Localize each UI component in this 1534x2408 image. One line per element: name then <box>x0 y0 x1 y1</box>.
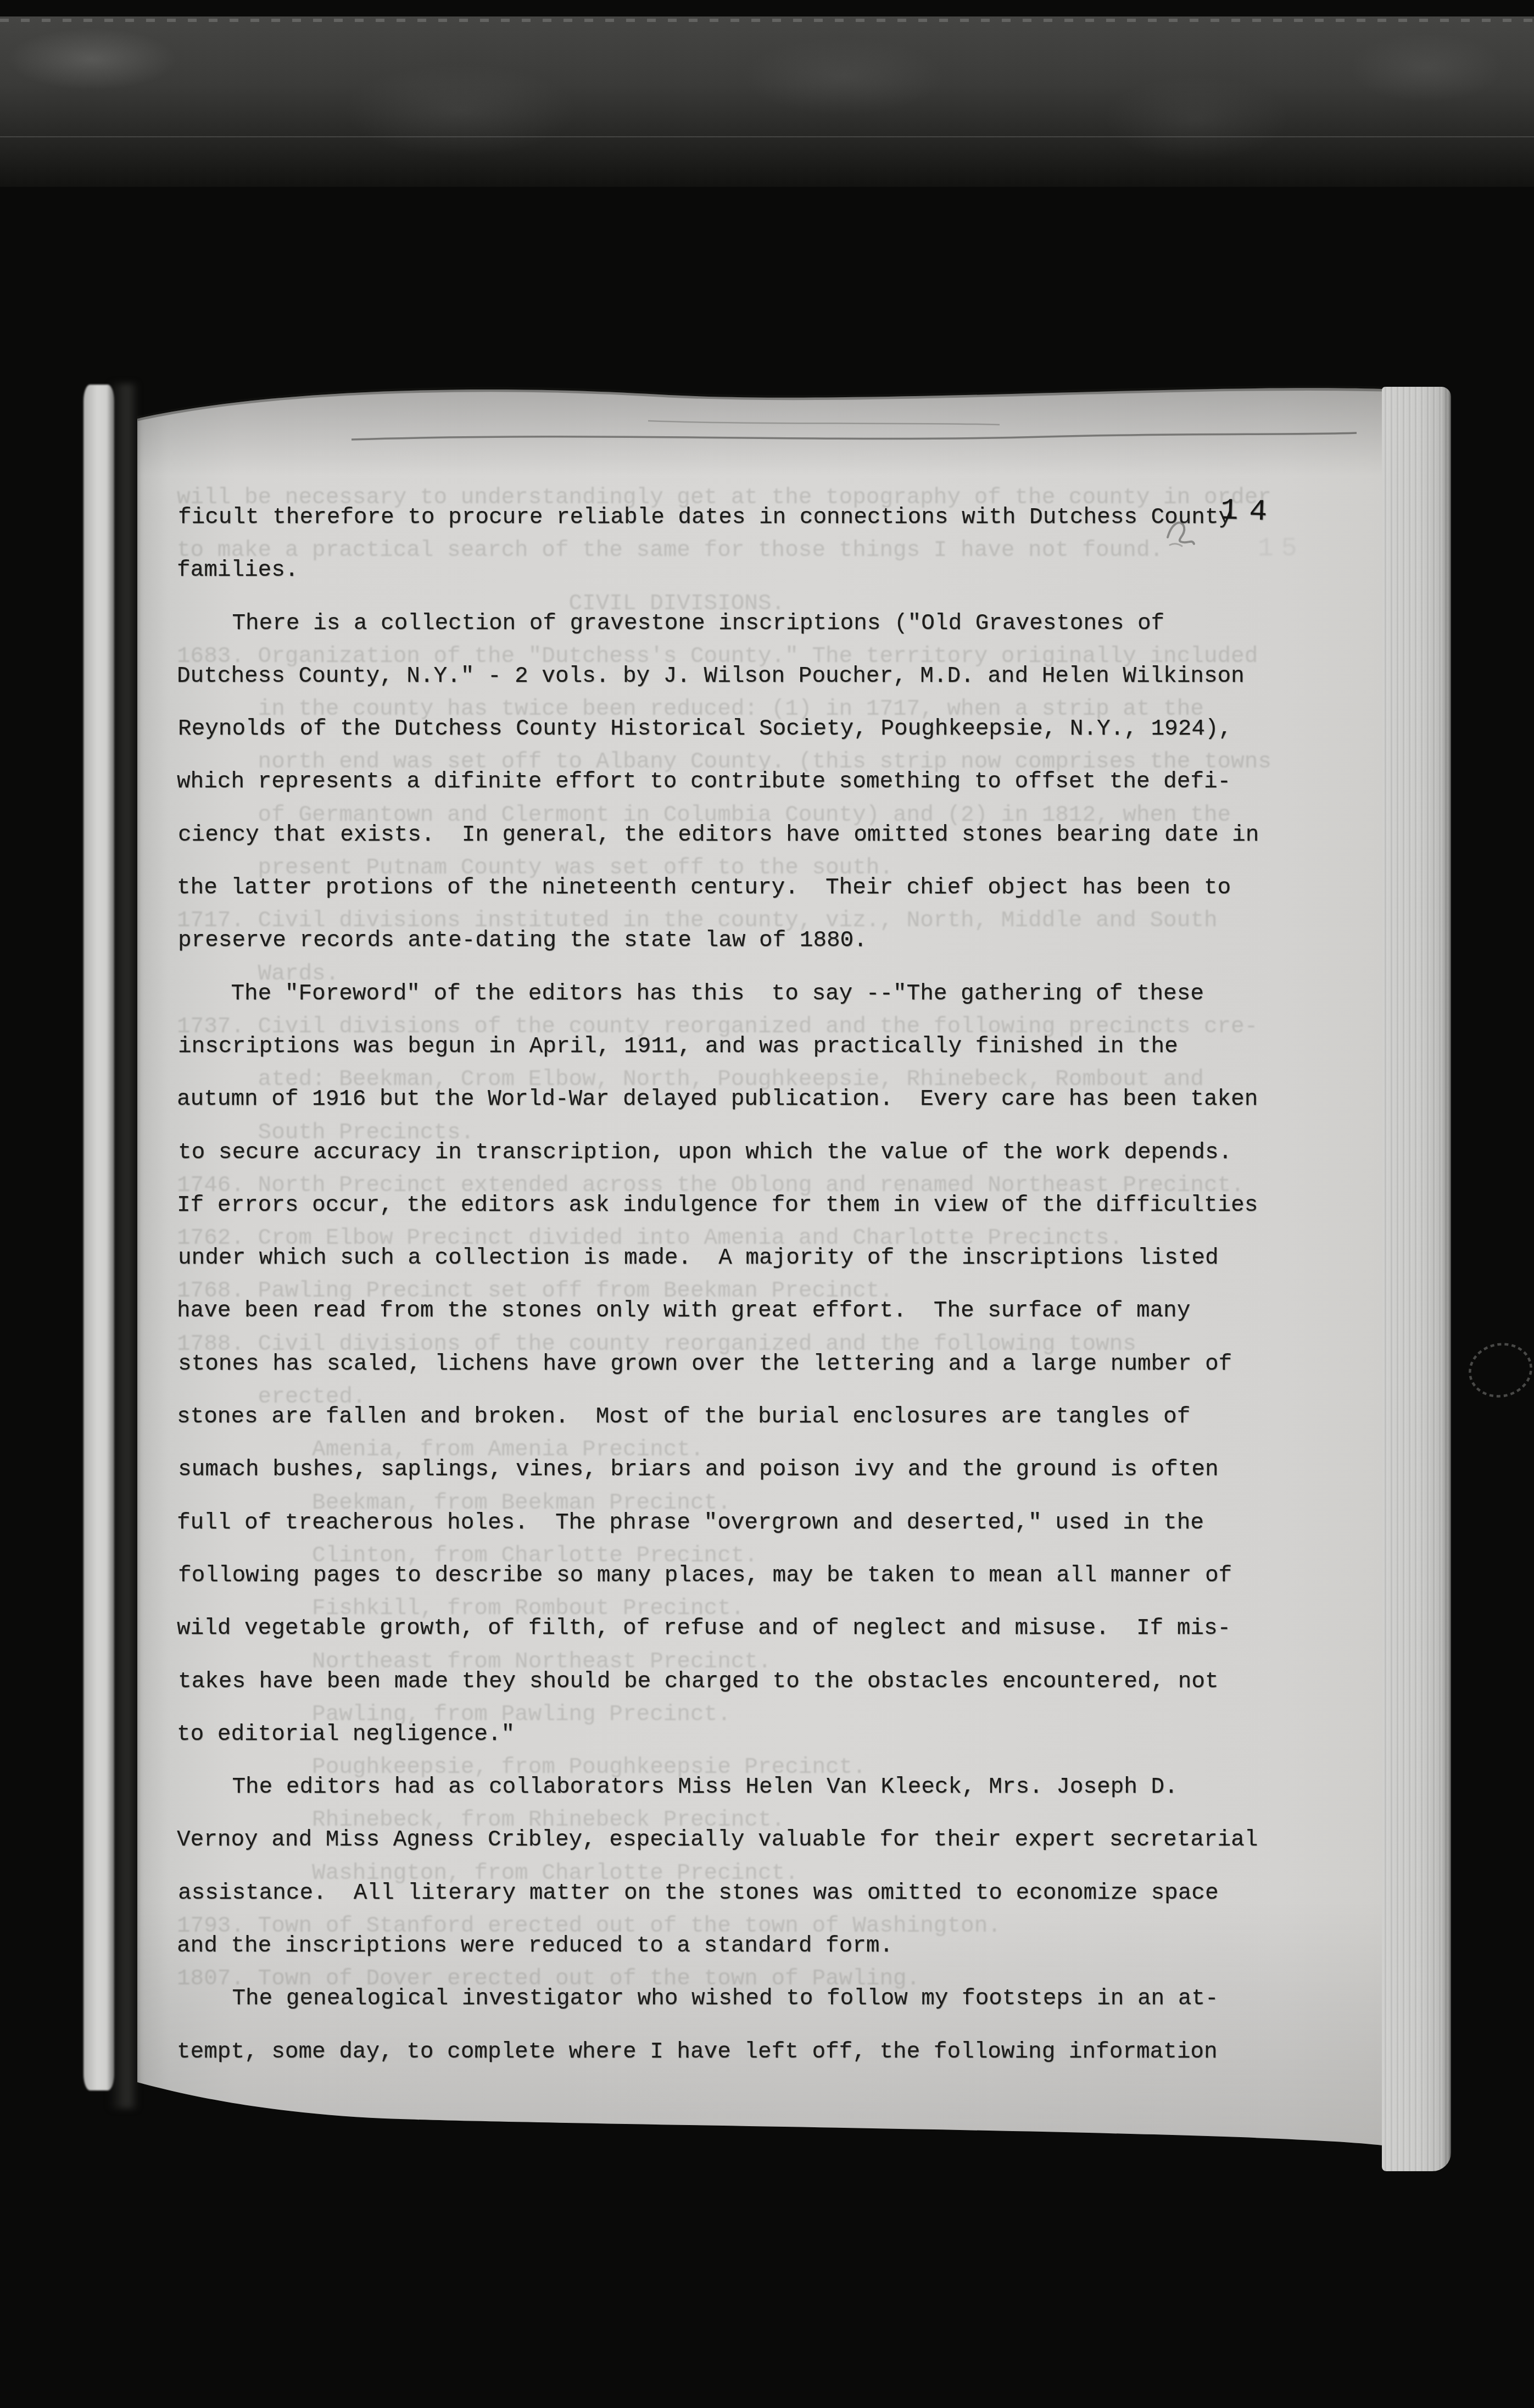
handwritten-smudge <box>1163 510 1213 559</box>
typed-line: Dutchess County, N.Y." - 2 vols. by J. W… <box>177 650 1258 703</box>
typed-line: If errors occur, the editors ask indulge… <box>177 1179 1258 1232</box>
typed-line: The "Foreword" of the editors has this t… <box>177 967 1258 1020</box>
typed-line: have been read from the stones only with… <box>177 1284 1258 1337</box>
typed-line: families. <box>177 544 1258 597</box>
facing-page-edge-sliver <box>83 385 114 2090</box>
typed-line: ciency that exists. In general, the edit… <box>178 809 1259 861</box>
typed-line: There is a collection of gravestone insc… <box>178 597 1259 650</box>
typed-line: Reynolds of the Dutchess County Historic… <box>178 703 1259 755</box>
typed-line: to secure accuracy in transcription, upo… <box>178 1126 1259 1179</box>
page-number: 14 <box>1220 496 1279 528</box>
typed-line: The genealogical investigator who wished… <box>178 1972 1259 2025</box>
typed-line: stones are fallen and broken. Most of th… <box>177 1391 1258 1443</box>
typed-line: which represents a difinite effort to co… <box>177 755 1258 808</box>
microfilm-scan: will be necessary to understandingly get… <box>0 0 1534 2408</box>
typed-line: the latter protions of the nineteenth ce… <box>177 861 1258 914</box>
typed-line: inscriptions was begun in April, 1911, a… <box>178 1020 1259 1073</box>
page-fore-edge-stack <box>1382 387 1451 2171</box>
typed-line: takes have been made they should be char… <box>178 1655 1259 1708</box>
typed-line: tempt, some day, to complete where I hav… <box>177 2026 1258 2078</box>
typed-line: preserve records ante-dating the state l… <box>178 914 1259 967</box>
typed-line: following pages to describe so many plac… <box>178 1549 1259 1602</box>
typed-text-block: ficult therefore to procure reliable dat… <box>177 491 1258 2078</box>
typed-line: and the inscriptions were reduced to a s… <box>177 1920 1258 1972</box>
typed-line: wild vegetable growth, of filth, of refu… <box>177 1602 1258 1655</box>
typed-line: ficult therefore to procure reliable dat… <box>178 491 1259 544</box>
typed-line: sumach bushes, saplings, vines, briars a… <box>178 1443 1259 1496</box>
typed-line: full of treacherous holes. The phrase "o… <box>177 1497 1258 1549</box>
typed-line: assistance. All literary matter on the s… <box>178 1867 1259 1920</box>
ghost-page-number: 15 <box>1258 536 1305 562</box>
typed-line: to editorial negligence." <box>177 1708 1258 1761</box>
typed-line: The editors had as collaborators Miss He… <box>178 1761 1259 1814</box>
typed-line: Vernoy and Miss Agness Cribley, especial… <box>177 1814 1258 1866</box>
typed-line: stones has scaled, lichens have grown ov… <box>178 1338 1259 1391</box>
typed-line: autumn of 1916 but the World-War delayed… <box>177 1073 1258 1126</box>
film-ring-mark <box>1465 1338 1534 1402</box>
typed-line: under which such a collection is made. A… <box>178 1232 1259 1284</box>
